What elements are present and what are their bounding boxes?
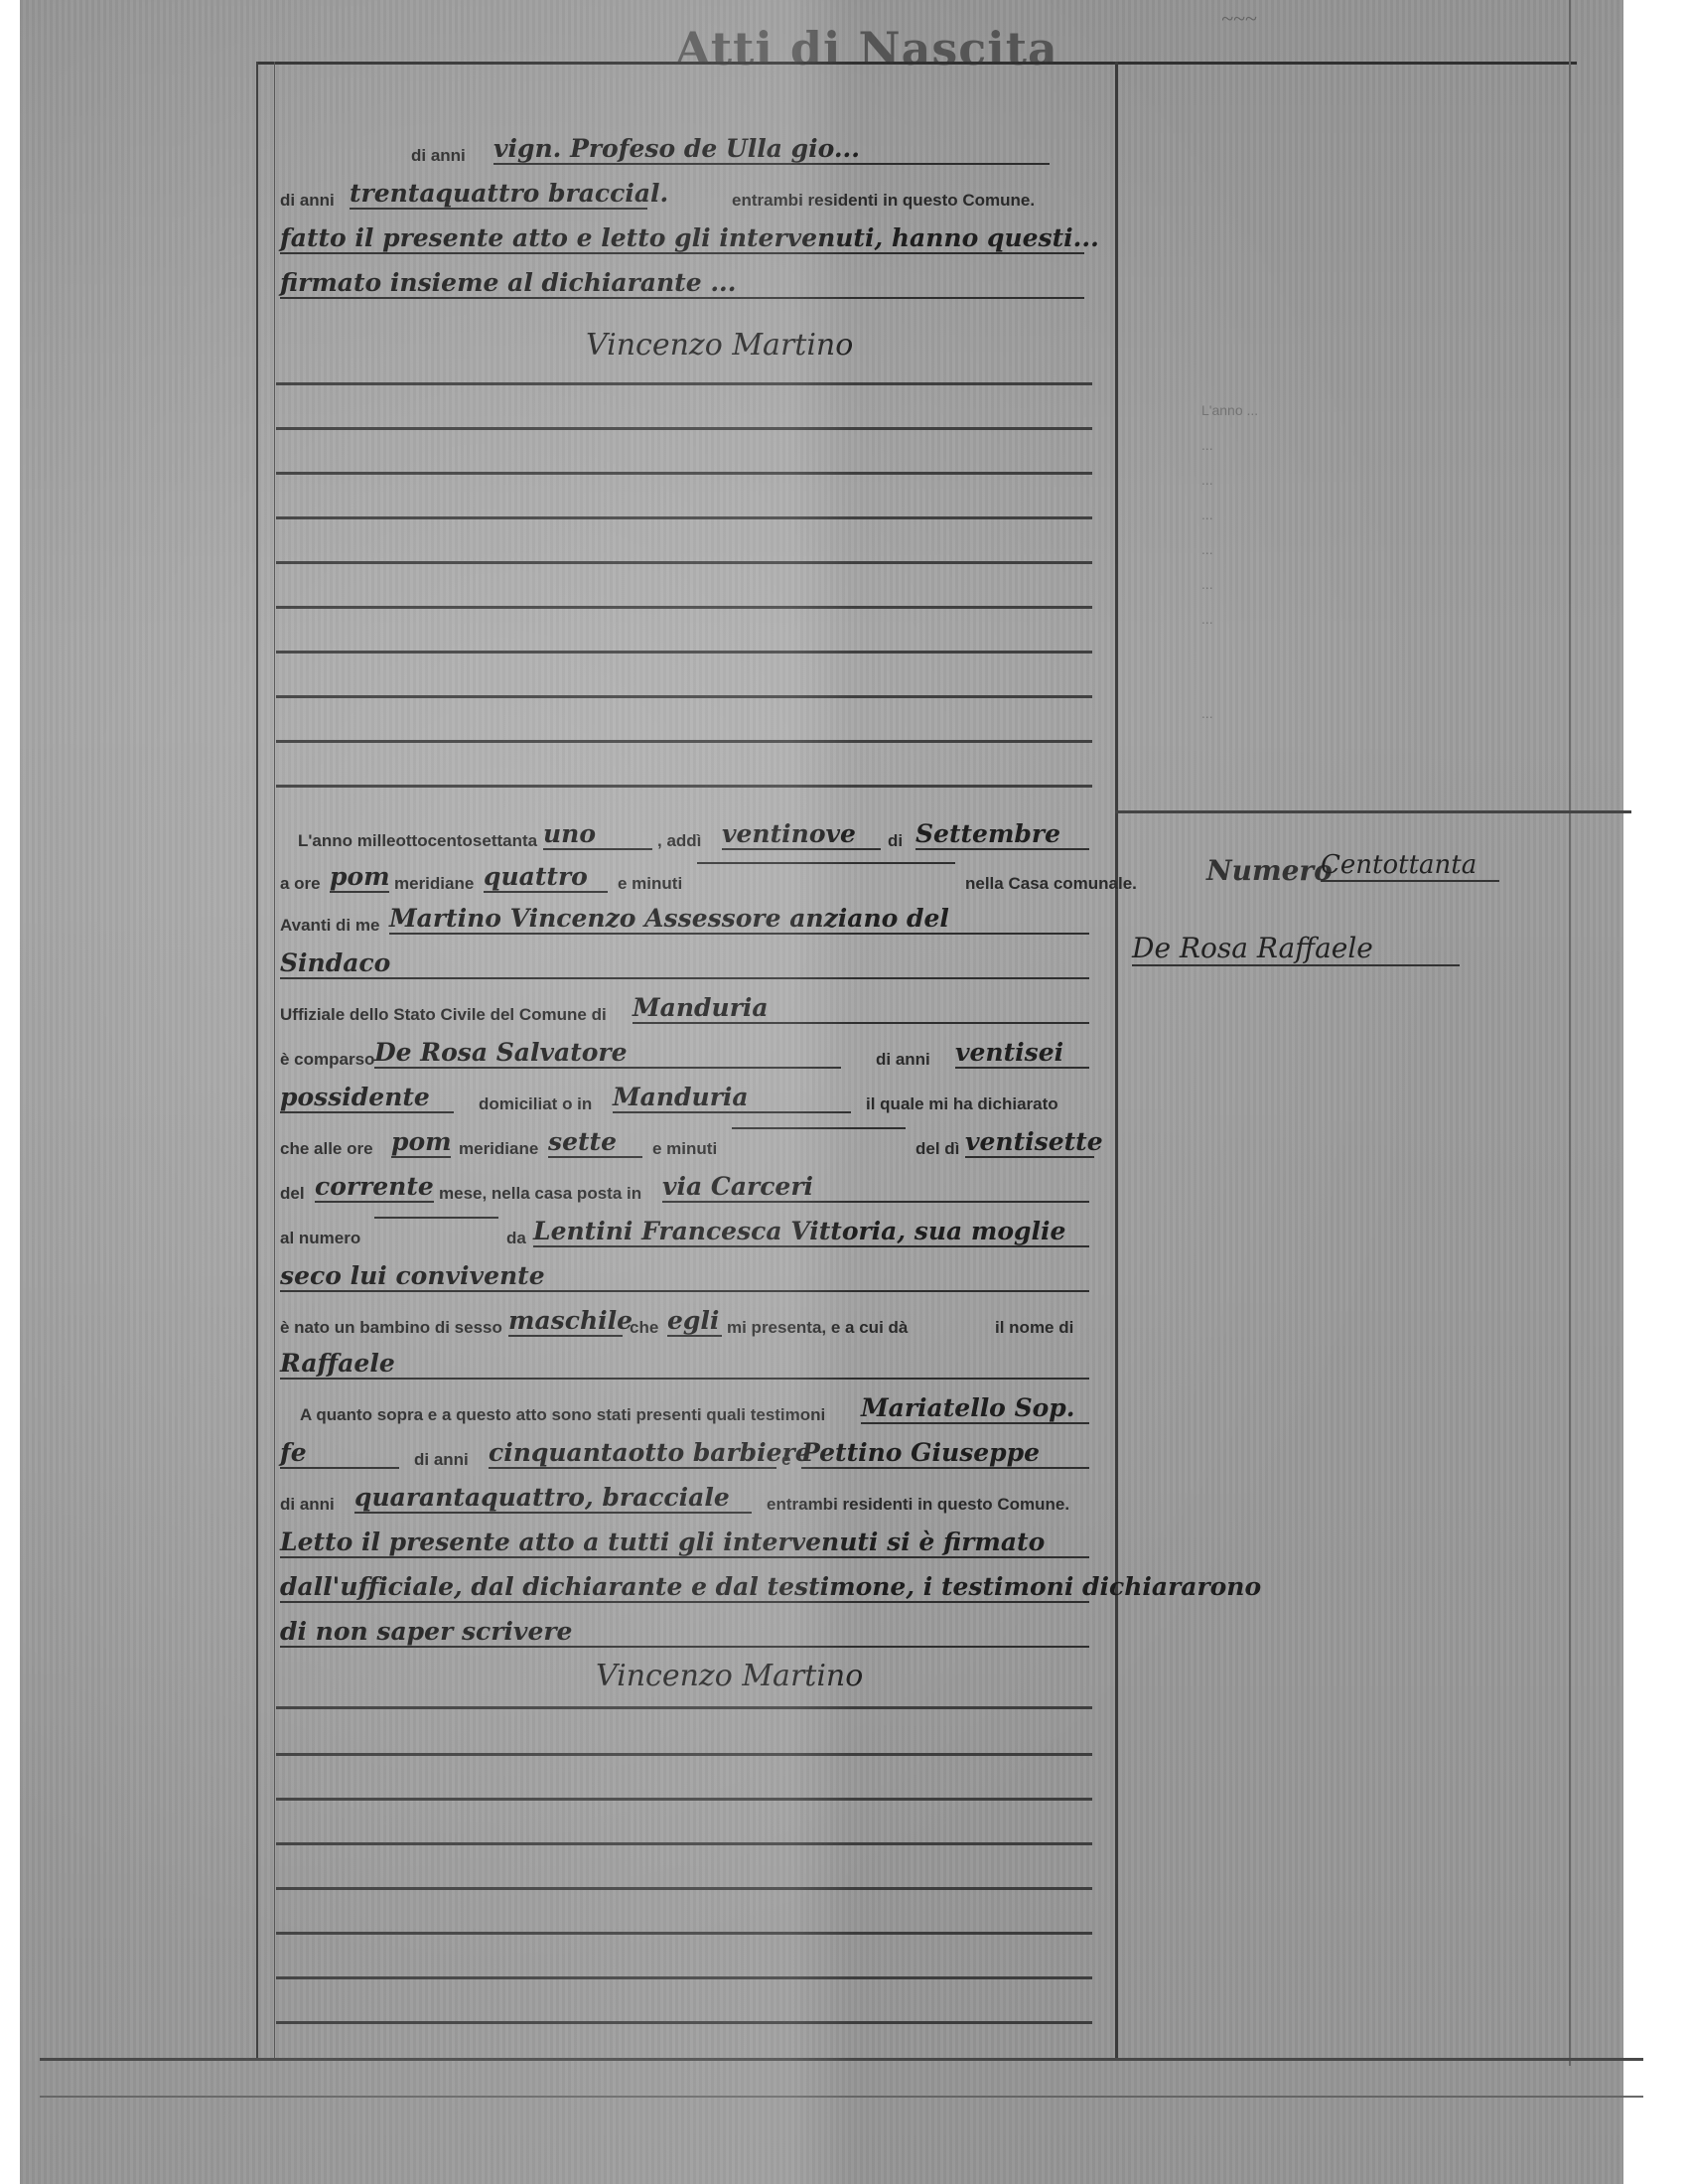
handwritten-declarant-age: ventisei: [955, 1038, 1089, 1069]
printed-label: e minuti: [618, 874, 682, 894]
handwritten-entry: Sindaco: [280, 948, 1089, 979]
ruled-line: [276, 785, 1092, 788]
handwritten-year: uno: [543, 819, 652, 850]
margin-faded-note: ...: [1201, 437, 1529, 453]
act-line-10: al numero da Lentini Francesca Vittoria,…: [280, 1217, 1094, 1256]
handwritten-day: ventinove: [722, 819, 881, 850]
act-line-3: Avanti di me Martino Vincenzo Assessore …: [280, 904, 1094, 944]
handwritten-entry: di non saper scrivere: [280, 1617, 1089, 1648]
handwritten-entry: fe: [280, 1438, 399, 1469]
handwritten-house-number: [374, 1217, 498, 1219]
handwritten-entry: vign. Profeso de Ulla gio...: [493, 134, 1050, 165]
margin-child-name: De Rosa Raffaele: [1132, 932, 1460, 966]
handwritten-entry: pom: [391, 1127, 451, 1158]
printed-label: meridiane: [459, 1139, 538, 1159]
prev-act-line-1: di anni vign. Profeso de Ulla gio...: [280, 134, 1094, 174]
printed-label: a ore: [280, 874, 321, 894]
ruled-line: [276, 740, 1092, 743]
printed-label: L'anno milleottocentosettanta: [298, 831, 537, 851]
ruled-line: [276, 1842, 1092, 1845]
ruled-line: [276, 651, 1092, 654]
frame-top-border: [256, 62, 1577, 65]
act-line-1: L'anno milleottocentosettanta uno , addì…: [280, 819, 1094, 859]
ruled-line: [276, 516, 1092, 519]
printed-label: di anni: [414, 1450, 469, 1470]
prev-act-line-4: firmato insieme al dichiarante ...: [280, 268, 1094, 308]
ruled-line: [276, 1706, 1092, 1709]
act-line-18: dall'ufficiale, dal dichiarante e dal te…: [280, 1572, 1094, 1612]
handwritten-sex: maschile: [508, 1306, 623, 1337]
handwritten-witness-2-age: quarantaquattro, bracciale: [354, 1483, 752, 1514]
act-number-label: Numero: [1206, 854, 1333, 887]
margin-faded-note: ...: [1201, 576, 1529, 592]
handwritten-entry: corrente: [315, 1172, 434, 1203]
ruled-line: [276, 472, 1092, 475]
ruled-line: [276, 561, 1092, 564]
handwritten-birth-minutes: [732, 1127, 906, 1129]
handwritten-address: via Carceri: [662, 1172, 1089, 1203]
printed-label: del: [280, 1184, 305, 1204]
margin-faded-note: L'anno ...: [1201, 402, 1529, 418]
printed-label: è nato un bambino di sesso: [280, 1318, 502, 1338]
printed-label: mese, nella casa posta in: [439, 1184, 641, 1204]
printed-label: A quanto sopra e a questo atto sono stat…: [300, 1405, 825, 1425]
ruled-line: [276, 1753, 1092, 1756]
handwritten-entry: fatto il presente atto e letto gli inter…: [280, 223, 1084, 254]
act-number-value: Centottanta: [1321, 850, 1499, 882]
printed-label: di anni: [876, 1050, 930, 1070]
handwritten-entry: seco lui convivente: [280, 1261, 1089, 1292]
frame-bottom-border: [40, 2058, 1643, 2061]
margin-divider: [1115, 810, 1631, 813]
margin-faded-note: ...: [1201, 705, 1529, 721]
printed-label: Avanti di me: [280, 916, 379, 936]
ruled-line: [276, 1798, 1092, 1801]
act-line-15: fe di anni cinquantaotto barbiere e Pett…: [280, 1438, 1094, 1478]
printed-label: che: [630, 1318, 658, 1338]
handwritten-entry: Letto il presente atto a tutti gli inter…: [280, 1528, 1089, 1558]
act-line-11: seco lui convivente: [280, 1261, 1094, 1301]
frame-right-border: [1569, 0, 1571, 2066]
frame-bottom-border-2: [40, 2096, 1643, 2098]
handwritten-profession: possidente: [280, 1083, 454, 1113]
corner-note: ~~~: [1221, 6, 1257, 32]
handwritten-witness-2: Pettino Giuseppe: [801, 1438, 1089, 1469]
act-line-4: Sindaco: [280, 948, 1094, 988]
handwritten-mother: Lentini Francesca Vittoria, sua moglie: [533, 1217, 1089, 1247]
handwritten-month: Settembre: [915, 819, 1089, 850]
margin-faded-note: ...: [1201, 541, 1529, 557]
printed-label: meridiane: [394, 874, 474, 894]
act-line-5: Uffiziale dello Stato Civile del Comune …: [280, 993, 1094, 1033]
handwritten-hour: quattro: [484, 862, 608, 893]
printed-label: di anni: [280, 191, 335, 211]
printed-label: Uffiziale dello Stato Civile del Comune …: [280, 1005, 607, 1025]
handwritten-child-name: Raffaele: [280, 1349, 1089, 1380]
ruled-line: [276, 1887, 1092, 1890]
printed-label: il nome di: [995, 1318, 1073, 1338]
act-line-8: che alle ore pom meridiane sette e minut…: [280, 1127, 1094, 1167]
act-line-9: del corrente mese, nella casa posta in v…: [280, 1172, 1094, 1212]
printed-label: entrambi residenti in questo Comune.: [732, 191, 1035, 211]
ruled-line: [276, 427, 1092, 430]
handwritten-entry: trentaquattro braccial.: [350, 179, 647, 210]
ruled-line: [276, 382, 1092, 385]
margin-faded-note: ...: [1201, 611, 1529, 627]
printed-label: e: [781, 1450, 790, 1470]
act-line-7: possidente domiciliat o in Manduria il q…: [280, 1083, 1094, 1122]
handwritten-entry: dall'ufficiale, dal dichiarante e dal te…: [280, 1572, 1089, 1603]
ruled-line: [276, 606, 1092, 609]
printed-label: , addì: [657, 831, 701, 851]
act-line-19: di non saper scrivere: [280, 1617, 1094, 1657]
act-line-16: di anni quarantaquattro, bracciale entra…: [280, 1483, 1094, 1523]
ruled-line: [276, 1976, 1092, 1979]
printed-label: nella Casa comunale.: [965, 874, 1137, 894]
handwritten-birth-hour: sette: [548, 1127, 642, 1158]
handwritten-witness-1-age: cinquantaotto barbiere: [489, 1438, 776, 1469]
act-line-13: Raffaele: [280, 1349, 1094, 1388]
handwritten-witness-1: Mariatello Sop.: [861, 1393, 1089, 1424]
printed-label: di: [888, 831, 903, 851]
handwritten-domicile: Manduria: [613, 1083, 851, 1113]
ruled-line: [276, 1932, 1092, 1935]
act-line-12: è nato un bambino di sesso maschile che …: [280, 1306, 1094, 1346]
printed-label: che alle ore: [280, 1139, 373, 1159]
register-page: Atti di Nascita ~~~ di anni vign. Profes…: [20, 0, 1623, 2184]
printed-label: domiciliat o in: [479, 1094, 592, 1114]
printed-label: del dì: [915, 1139, 959, 1159]
act-line-17: Letto il presente atto a tutti gli inter…: [280, 1528, 1094, 1567]
frame-left-border: [256, 62, 258, 2058]
handwritten-comune: Manduria: [633, 993, 1089, 1024]
printed-label: da: [506, 1229, 526, 1248]
prev-act-line-3: fatto il presente atto e letto gli inter…: [280, 223, 1094, 263]
page-title: Atti di Nascita: [675, 22, 1058, 75]
handwritten-declarant-name: De Rosa Salvatore: [374, 1038, 841, 1069]
printed-label: è comparso: [280, 1050, 374, 1070]
prev-act-line-2: di anni trentaquattro braccial. entrambi…: [280, 179, 1094, 218]
act-line-6: è comparso De Rosa Salvatore di anni ven…: [280, 1038, 1094, 1078]
printed-label: di anni: [280, 1495, 335, 1515]
act-line-14: A quanto sopra e a questo atto sono stat…: [280, 1393, 1094, 1433]
margin-faded-note: ...: [1201, 472, 1529, 488]
printed-label: e minuti: [652, 1139, 717, 1159]
ruled-line: [276, 2021, 1092, 2024]
prev-act-signature: Vincenzo Martino: [586, 328, 853, 363]
handwritten-entry: firmato insieme al dichiarante ...: [280, 268, 1084, 299]
margin-faded-note: ...: [1201, 507, 1529, 522]
printed-label: il quale mi ha dichiarato: [866, 1094, 1058, 1114]
printed-label: mi presenta, e a cui dà: [727, 1318, 908, 1338]
handwritten-officer: Martino Vincenzo Assessore anziano del: [389, 904, 1089, 935]
column-divider: [1115, 62, 1118, 2058]
act-signature: Vincenzo Martino: [596, 1659, 863, 1693]
printed-label: entrambi residenti in questo Comune.: [767, 1495, 1069, 1515]
frame-left-inner-border: [274, 62, 275, 2058]
printed-label: al numero: [280, 1229, 360, 1248]
handwritten-entry: egli: [667, 1306, 722, 1337]
printed-label: di anni: [411, 146, 466, 166]
handwritten-birth-day: ventisette: [965, 1127, 1094, 1158]
handwritten-entry: pom: [330, 862, 389, 893]
ruled-line: [276, 695, 1092, 698]
handwritten-minutes: [697, 862, 955, 864]
act-line-2: a ore pom meridiane quattro e minuti nel…: [280, 862, 1094, 902]
